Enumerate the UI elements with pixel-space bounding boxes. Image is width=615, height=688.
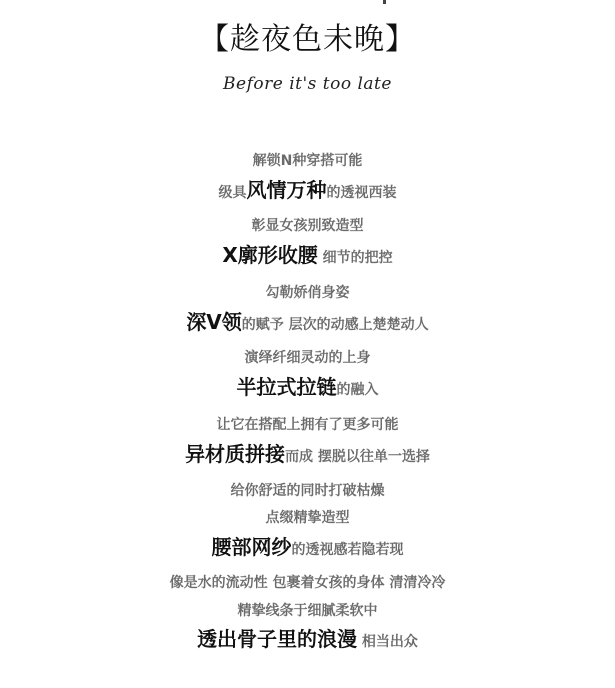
- stray-mark: [383, 0, 386, 4]
- script-subtitle: Before it's too late: [0, 74, 615, 94]
- copy-line: 透出骨子里的浪漫 相当出众: [0, 623, 615, 652]
- copy-line: 勾勒娇俏身姿: [0, 278, 615, 302]
- copy-line: X廓形收腰 细节的把控: [0, 239, 615, 268]
- copy-line: 彰显女孩别致造型: [0, 211, 615, 235]
- copy-line: 异材质拼接而成 摆脱以往单一选择: [0, 438, 615, 467]
- copy-line: 半拉式拉链的融入: [0, 371, 615, 400]
- copy-line: 腰部网纱的透视感若隐若现: [0, 531, 615, 560]
- copy-line: 像是水的流动性 包裹着女孩的身体 清清冷冷: [0, 568, 615, 592]
- copy-line: 精挚线条于细腻柔软中: [0, 596, 615, 620]
- copy-line: 深V领的赋予 层次的动感上楚楚动人: [0, 306, 615, 335]
- page-title: 【趁夜色未晚】: [0, 14, 615, 58]
- copy-line: 解锁N种穿搭可能: [0, 146, 615, 170]
- copy-line: 给你舒适的同时打破枯燥: [0, 476, 615, 500]
- copy-line: 点缀精挚造型: [0, 503, 615, 527]
- copy-line: 级具风情万种的透视西装: [0, 174, 615, 203]
- copy-line: 让它在搭配上拥有了更多可能: [0, 410, 615, 434]
- copy-line: 演绎纤细灵动的上身: [0, 343, 615, 367]
